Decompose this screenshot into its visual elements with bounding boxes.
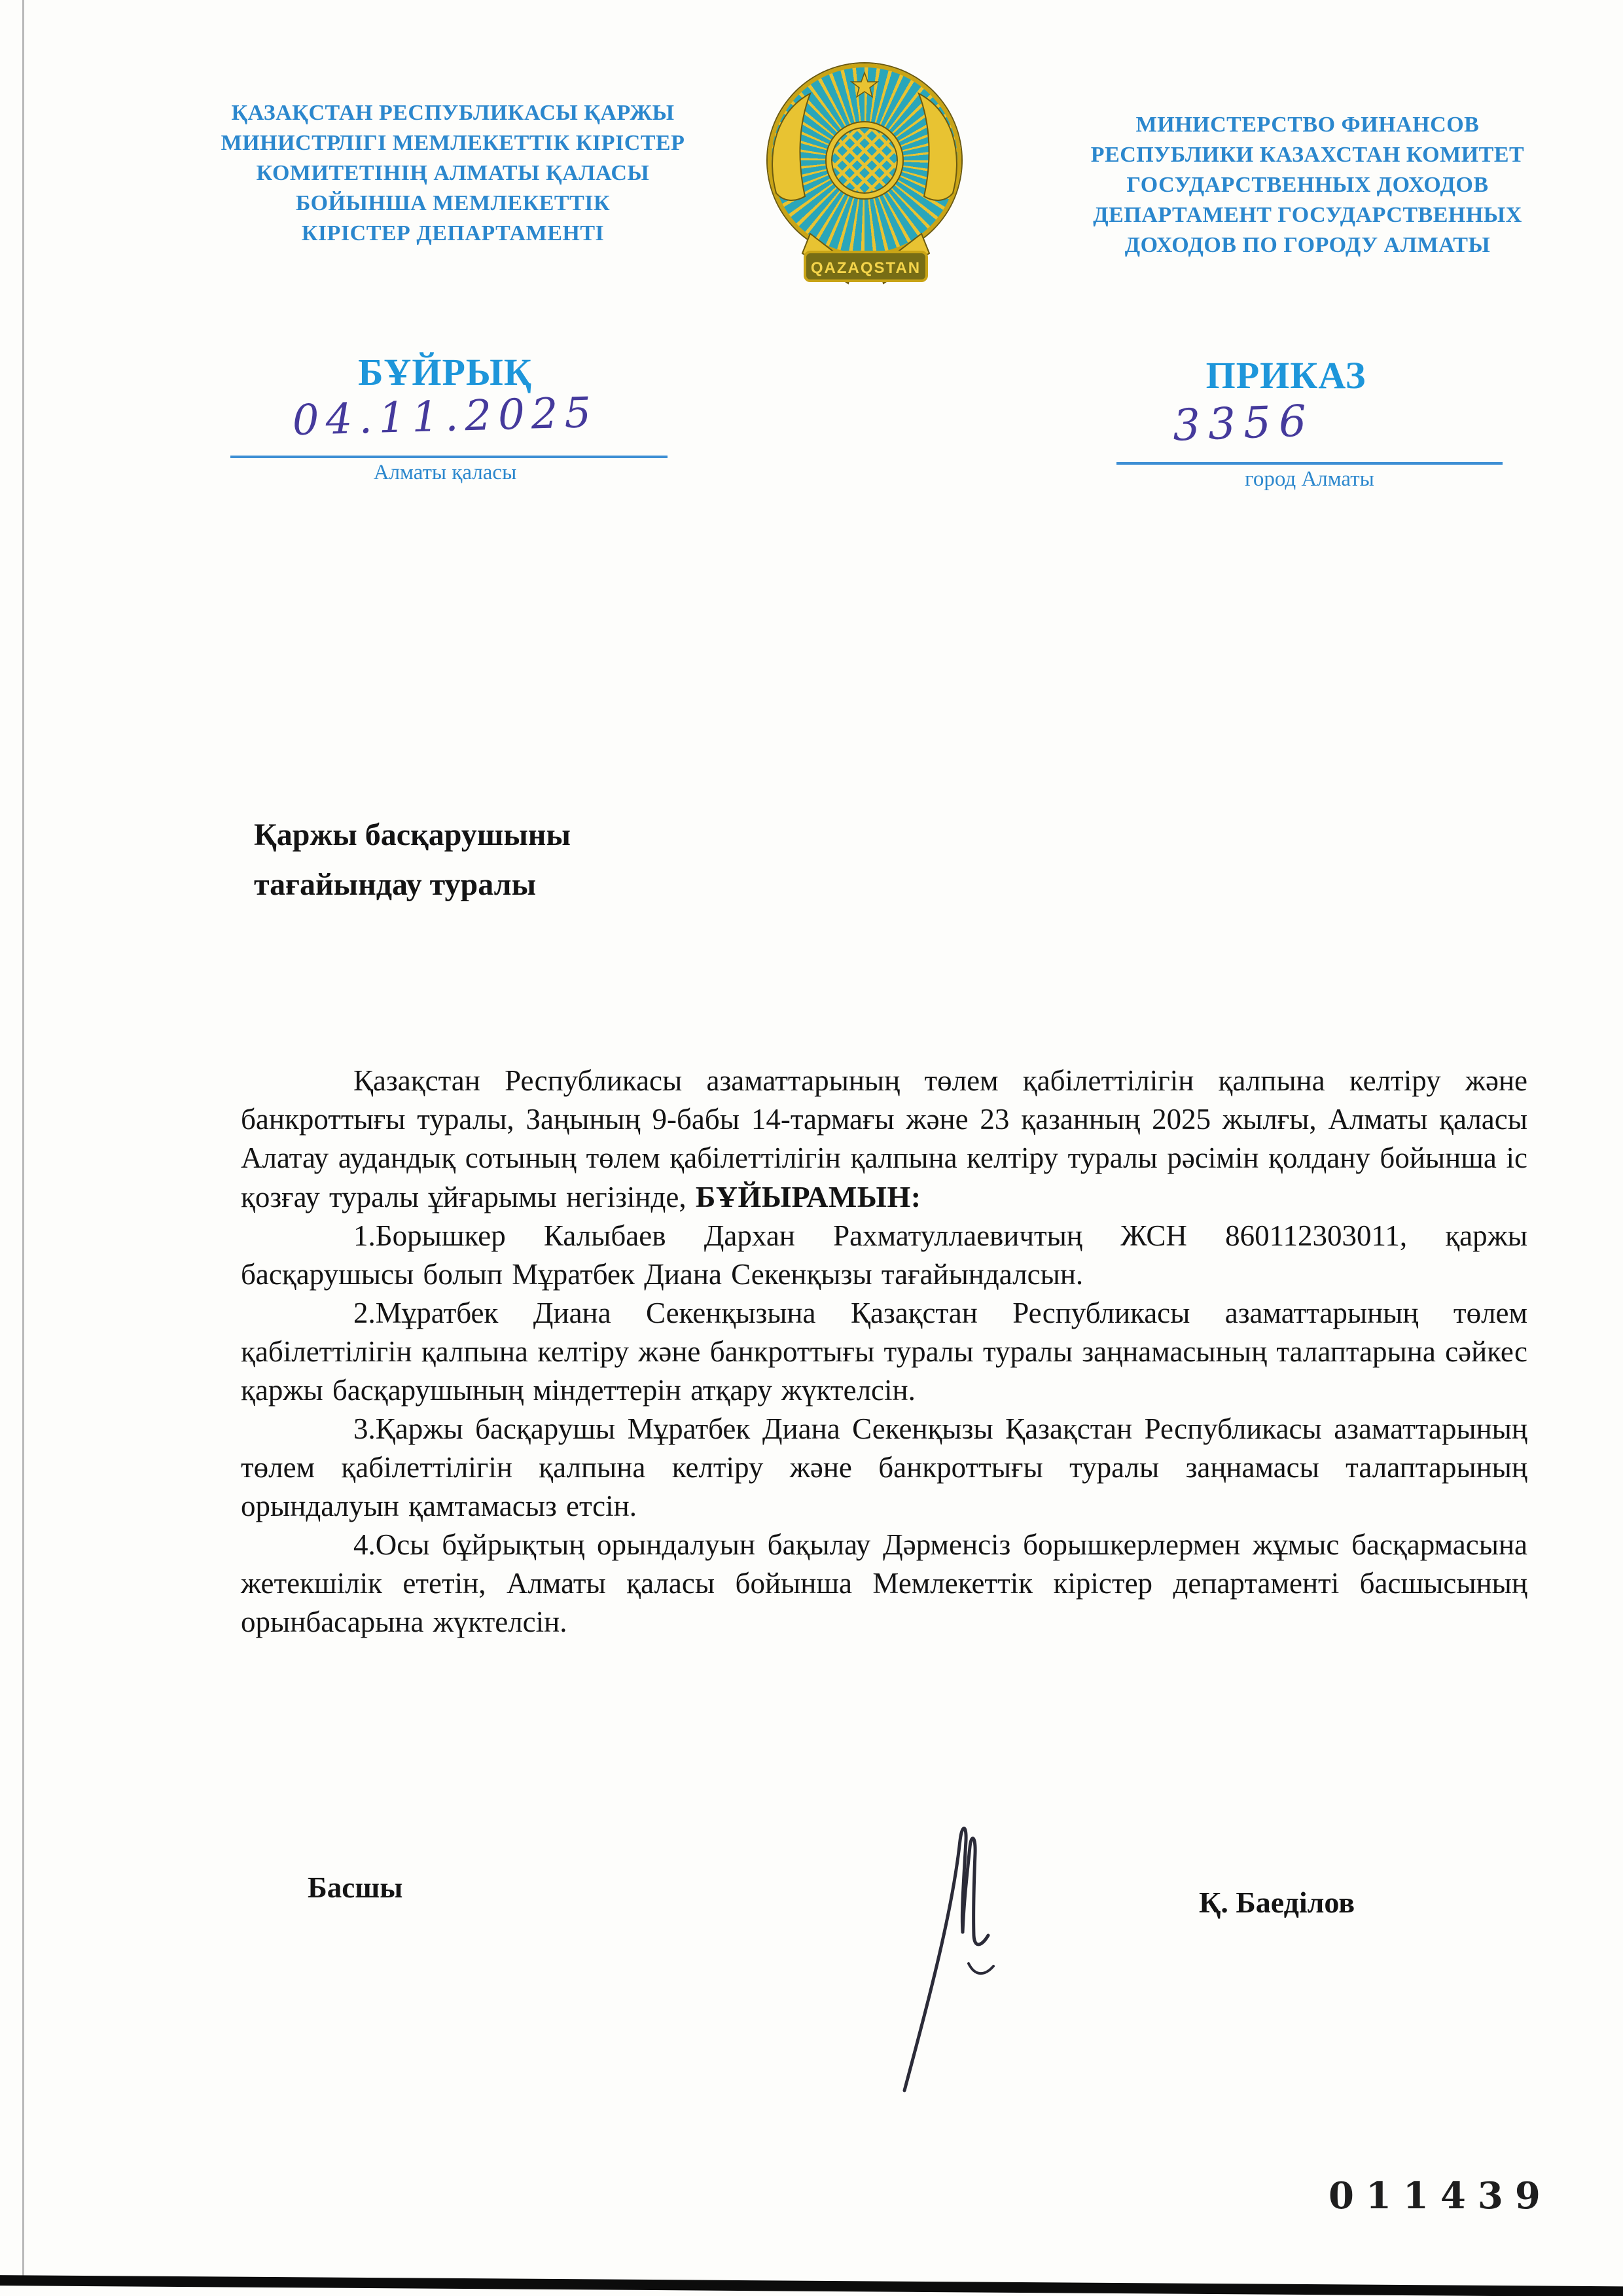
signature-ink-stroke xyxy=(883,1808,1027,2096)
document-body: Қазақстан Республикасы азаматтарының төл… xyxy=(241,1062,1527,1641)
body-item-2: 2.Мұратбек Диана Секенқызына Қазақстан Р… xyxy=(241,1294,1527,1410)
document-title-line1: Қаржы басқарушыны xyxy=(254,810,571,860)
letterhead-org-kazakh: ҚАЗАҚСТАН РЕСПУБЛИКАСЫ ҚАРЖЫ МИНИСТРЛІГІ… xyxy=(165,98,741,249)
org-ru-line: ДОХОДОВ ПО ГОРОДУ АЛМАТЫ xyxy=(1013,230,1602,260)
preamble-order-word: БҰЙЫРАМЫН: xyxy=(696,1180,921,1213)
scan-edge-left-line xyxy=(22,0,24,2276)
letterhead-org-russian: МИНИСТЕРСТВО ФИНАНСОВ РЕСПУБЛИКИ КАЗАХСТ… xyxy=(1013,110,1602,260)
order-title-russian: ПРИКАЗ xyxy=(1073,353,1499,397)
document-title-line2: тағайындау туралы xyxy=(254,860,571,910)
order-date-handwritten: 04.11.2025 xyxy=(215,387,675,447)
order-place-russian: город Алматы xyxy=(1116,467,1503,492)
order-number-handwritten: 3356 xyxy=(1073,392,1414,454)
org-kk-line: ҚАЗАҚСТАН РЕСПУБЛИКАСЫ ҚАРЖЫ xyxy=(165,98,741,128)
kazakhstan-state-emblem: QAZAQSTAN xyxy=(764,62,967,298)
org-kk-line: БОЙЫНША МЕМЛЕКЕТТІК xyxy=(165,188,741,219)
org-kk-line: МИНИСТРЛІГІ МЕМЛЕКЕТТІК КІРІСТЕР xyxy=(165,128,741,158)
order-title-kazakh: БҰЙРЫҚ xyxy=(216,350,674,394)
org-ru-line: ДЕПАРТАМЕНТ ГОСУДАРСТВЕННЫХ xyxy=(1013,200,1602,230)
body-item-3: 3.Қаржы басқарушы Мұратбек Диана Секенқы… xyxy=(241,1410,1527,1526)
order-number-underline xyxy=(1116,462,1503,465)
stamp-number: 011439 xyxy=(1329,2174,1552,2217)
emblem-left-wing xyxy=(772,94,810,200)
body-item-4: 4.Осы бұйрықтың орындалуын бақылау Дәрме… xyxy=(241,1526,1527,1641)
order-date-underline xyxy=(230,456,668,458)
signature-position-label: Басшы xyxy=(308,1871,402,1905)
scanned-order-page: ҚАЗАҚСТАН РЕСПУБЛИКАСЫ ҚАРЖЫ МИНИСТРЛІГІ… xyxy=(0,0,1623,2296)
org-ru-line: МИНИСТЕРСТВО ФИНАНСОВ xyxy=(1013,110,1602,140)
signature-name: Қ. Баеділов xyxy=(1199,1885,1355,1920)
scan-edge-bottom-bar xyxy=(0,2275,1623,2296)
emblem-banner-caption: QAZAQSTAN xyxy=(811,259,921,277)
document-title: Қаржы басқарушыны тағайындау туралы xyxy=(254,810,571,910)
body-item-1: 1.Борышкер Калыбаев Дархан Рахматуллаеви… xyxy=(241,1217,1527,1294)
org-kk-line: КОМИТЕТІНІҢ АЛМАТЫ ҚАЛАСЫ xyxy=(165,158,741,188)
emblem-right-wing xyxy=(919,94,957,200)
org-kk-line: КІРІСТЕР ДЕПАРТАМЕНТІ xyxy=(165,219,741,249)
order-place-kazakh: Алматы қаласы xyxy=(216,461,674,485)
org-ru-line: ГОСУДАРСТВЕННЫХ ДОХОДОВ xyxy=(1013,170,1602,200)
org-ru-line: РЕСПУБЛИКИ КАЗАХСТАН КОМИТЕТ xyxy=(1013,140,1602,170)
emblem-star-icon xyxy=(851,73,878,97)
body-preamble: Қазақстан Республикасы азаматтарының төл… xyxy=(241,1062,1527,1217)
emblem-ornaments: QAZAQSTAN xyxy=(764,62,967,298)
